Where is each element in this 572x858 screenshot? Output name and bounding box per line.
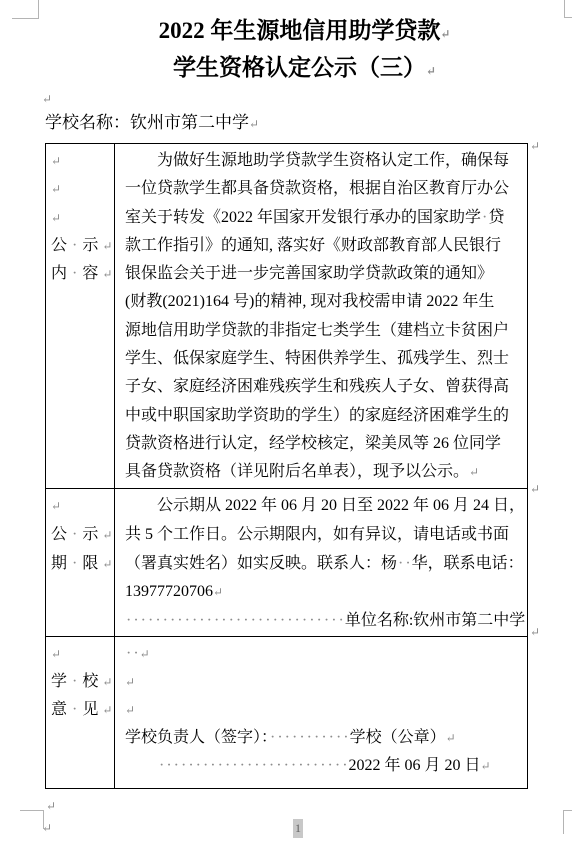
document-title-line-2: 学生资格认定公示（三）↵ [45, 51, 564, 88]
space-format-mark-icon: · [280, 612, 285, 629]
margin-crop-mark-bottom-right [563, 810, 572, 834]
row-label-text: 期·限↵ [51, 550, 114, 579]
space-format-mark-icon: · [482, 209, 487, 226]
space-format-mark-icon: · [306, 757, 311, 774]
bottom-margin-paragraph-mark: ↵ [42, 820, 52, 836]
space-format-mark-icon: · [339, 612, 344, 629]
paragraph-mark-icon: ↵ [51, 647, 65, 661]
content-cell-school-opinion: ··↵ ↵ ↵ 学校负责人（签字）：···········学校（公章）↵ ···… [115, 637, 528, 789]
document-title-line-1: 2022 年生源地信用助学贷款↵ [45, 14, 564, 51]
paragraph-mark-icon: ↵ [530, 625, 540, 639]
space-format-mark-icon: · [221, 612, 226, 629]
content-line-date: ··························2022 年 06 月 20… [158, 752, 523, 780]
space-format-mark-icon: · [236, 612, 241, 629]
space-format-mark-icon: · [335, 757, 340, 774]
paragraph-mark-icon: ↵ [530, 139, 540, 153]
paragraph-mark-icon: ↵ [42, 92, 52, 106]
space-format-mark-icon: · [72, 265, 81, 282]
paragraph-mark-icon: ↵ [51, 211, 65, 225]
space-format-mark-icon: · [251, 612, 256, 629]
after-table-paragraph-mark: ↵ [46, 798, 572, 814]
row-label-text: 内·容↵ [51, 260, 114, 288]
paragraph-mark-icon: ↵ [51, 499, 65, 513]
content-line: 款工作指引》的通知, 落实好《财政部教育部人民银行 [125, 232, 523, 260]
announcement-table: ↵ ↵ ↵ 公·示↵ 内·容↵ 为做好生源地助学贷款学生资格认定工作，确保每 一… [45, 143, 528, 789]
content-line: 室关于转发《2022 年国家开发银行承办的国家助学·贷 [125, 204, 523, 232]
space-format-mark-icon: · [277, 729, 282, 746]
space-format-mark-icon: · [188, 757, 193, 774]
space-format-mark-icon: · [225, 757, 230, 774]
space-format-mark-icon: · [163, 612, 168, 629]
space-format-mark-icon: · [181, 757, 186, 774]
table-row-public-content: ↵ ↵ ↵ 公·示↵ 内·容↵ 为做好生源地助学贷款学生资格认定工作，确保每 一… [46, 144, 528, 489]
content-line: 中或中职国家助学资助的学生）的家庭经济困难学生的 [125, 402, 523, 430]
space-format-mark-icon: · [210, 757, 215, 774]
paragraph-mark-icon: ↵ [102, 267, 114, 281]
space-format-mark-icon: · [298, 757, 303, 774]
space-format-mark-icon: · [218, 757, 223, 774]
space-format-mark-icon: · [207, 612, 212, 629]
paragraph-mark: ↵ [51, 204, 114, 232]
content-line: 公示期从 2022 年 06 月 20 日至 2022 年 06 月 24 日， [125, 492, 523, 521]
paragraph-mark-icon: ↵ [42, 821, 52, 835]
space-format-mark-icon: · [302, 612, 307, 629]
row-end-mark: ↵ [530, 139, 540, 154]
space-format-mark-icon: · [133, 645, 138, 662]
space-format-mark-icon: · [328, 757, 333, 774]
space-format-mark-icon: · [126, 645, 131, 662]
content-line: 子女、家庭经济困难残疾学生和残疾人子女、曾获得高 [125, 373, 523, 401]
row-label-text: 公·示↵ [51, 232, 114, 260]
content-line: 一位贷款学生都具备贷款资格，根据自治区教育厅办公 [125, 175, 523, 203]
space-format-mark-icon: · [309, 612, 314, 629]
space-format-mark-icon: · [314, 729, 319, 746]
space-format-mark-icon: · [72, 673, 81, 690]
paragraph-mark-icon: ↵ [530, 482, 540, 496]
space-format-mark-icon: · [291, 757, 296, 774]
margin-crop-mark-bottom-left [20, 810, 44, 829]
content-line-signature: 学校负责人（签字）：···········学校（公章）↵ [125, 724, 523, 752]
space-format-mark-icon: · [324, 612, 329, 629]
paragraph-mark-icon: ↵ [102, 239, 114, 253]
space-format-mark-icon: · [313, 757, 318, 774]
space-format-mark-icon: · [247, 757, 252, 774]
paragraph-mark-icon: ↵ [102, 675, 114, 689]
content-line: （署真实姓名）如实反映。联系人：杨··华，联系电话： [125, 550, 523, 579]
space-format-mark-icon: · [174, 757, 179, 774]
space-format-mark-icon: · [295, 612, 300, 629]
space-format-mark-icon: · [240, 757, 245, 774]
school-name-line: 学校名称：钦州市第二中学↵ [45, 110, 572, 137]
paragraph-mark-icon: ↵ [51, 154, 65, 168]
page-number-field: 1 [293, 819, 303, 838]
space-format-mark-icon: · [72, 701, 81, 718]
content-line: 源地信用助学贷款的非指定七类学生（建档立卡贫困户 [125, 317, 523, 345]
paragraph-mark: ↵ [125, 696, 523, 724]
content-line: 具备贷款资格（详见附后名单表），现予以公示。↵ [125, 458, 523, 486]
table-row-school-opinion: ↵ 学·校↵ 意·见↵ ··↵ ↵ ↵ 学校负责人（签字）：··········… [46, 637, 528, 789]
row-label-text: 意·见↵ [51, 696, 114, 724]
space-format-mark-icon: · [148, 612, 153, 629]
space-format-mark-icon: · [331, 612, 336, 629]
word-document-page: 2022 年生源地信用助学贷款↵ 学生资格认定公示（三）↵ ↵ 学校名称：钦州市… [0, 0, 572, 858]
paragraph-mark-icon: ↵ [440, 27, 450, 41]
paragraph-mark-icon: ↵ [125, 703, 135, 717]
row-label-text: 学·校↵ [51, 668, 114, 696]
empty-paragraph-mark: ↵ [42, 88, 572, 110]
content-cell-public-period: 公示期从 2022 年 06 月 20 日至 2022 年 06 月 24 日，… [115, 489, 528, 637]
space-format-mark-icon: · [159, 757, 164, 774]
space-format-mark-icon: · [243, 612, 248, 629]
content-cell-public-content: 为做好生源地助学贷款学生资格认定工作，确保每 一位贷款学生都具备贷款资格，根据自… [115, 144, 528, 489]
paragraph-mark-icon: ↵ [102, 528, 114, 542]
row-end-mark: ↵ [530, 482, 540, 497]
paragraph-mark-icon: ↵ [481, 759, 491, 773]
space-format-mark-icon: · [292, 729, 297, 746]
space-format-mark-icon: · [229, 612, 234, 629]
space-format-mark-icon: · [273, 612, 278, 629]
space-format-mark-icon: · [269, 757, 274, 774]
space-format-mark-icon: · [214, 612, 219, 629]
content-line: 13977720706↵ [125, 578, 523, 607]
paragraph-mark: ↵ [125, 668, 523, 696]
space-format-mark-icon: · [321, 729, 326, 746]
row-label-cell-public-content: ↵ ↵ ↵ 公·示↵ 内·容↵ [46, 144, 115, 489]
space-format-mark-icon: · [177, 612, 182, 629]
content-line-unit-name: ······························单位名称:钦州市第二… [125, 607, 523, 636]
paragraph-mark-icon: ↵ [102, 557, 114, 571]
row-label-text: 公·示↵ [51, 521, 114, 550]
content-line: 共 5 个工作日。公示期限内，如有异议，请电话或书面 [125, 521, 523, 550]
content-line: ··↵ [125, 640, 523, 668]
space-format-mark-icon: · [398, 555, 403, 572]
content-line: 银保监会关于进一步完善国家助学贷款政策的通知》 [125, 260, 523, 288]
space-format-mark-icon: · [262, 757, 267, 774]
space-format-mark-icon: · [185, 612, 190, 629]
space-format-mark-icon: · [307, 729, 312, 746]
space-format-mark-icon: · [265, 612, 270, 629]
space-format-mark-icon: · [203, 757, 208, 774]
space-format-mark-icon: · [155, 612, 160, 629]
paragraph-mark: ↵ [51, 175, 114, 203]
space-format-mark-icon: · [72, 555, 81, 572]
space-format-mark-icon: · [342, 757, 347, 774]
space-format-mark-icon: · [329, 729, 334, 746]
space-format-mark-icon: · [287, 612, 292, 629]
space-format-mark-icon: · [284, 757, 289, 774]
paragraph-mark-icon: ↵ [140, 647, 150, 661]
space-format-mark-icon: · [317, 612, 322, 629]
space-format-mark-icon: · [258, 612, 263, 629]
space-format-mark-icon: · [192, 612, 197, 629]
paragraph-mark: ↵ [51, 492, 114, 521]
paragraph-mark-icon: ↵ [51, 182, 65, 196]
content-line: 为做好生源地助学贷款学生资格认定工作，确保每 [125, 147, 523, 175]
space-format-mark-icon: · [232, 757, 237, 774]
space-format-mark-icon: · [299, 729, 304, 746]
space-format-mark-icon: · [320, 757, 325, 774]
row-label-cell-school-opinion: ↵ 学·校↵ 意·见↵ [46, 637, 115, 789]
document-title: 2022 年生源地信用助学贷款↵ 学生资格认定公示（三）↵ [45, 0, 564, 88]
paragraph-mark-icon: ↵ [46, 799, 56, 813]
table-row-public-period: ↵ 公·示↵ 期·限↵ 公示期从 2022 年 06 月 20 日至 2022 … [46, 489, 528, 637]
margin-crop-mark-top-right [564, 0, 572, 18]
paragraph-mark-icon: ↵ [249, 117, 259, 131]
paragraph-mark-icon: ↵ [102, 703, 114, 717]
space-format-mark-icon: · [170, 612, 175, 629]
paragraph-mark-icon: ↵ [125, 675, 135, 689]
space-format-mark-icon: · [405, 555, 410, 572]
row-end-mark: ↵ [530, 625, 540, 640]
space-format-mark-icon: · [126, 612, 131, 629]
paragraph-mark-icon: ↵ [426, 64, 436, 78]
space-format-mark-icon: · [72, 526, 81, 543]
space-format-mark-icon: · [199, 612, 204, 629]
content-line: (财教(2021)164 号)的精神, 现对我校需申请 2022 年生 [125, 288, 523, 316]
paragraph-mark: ↵ [51, 147, 114, 175]
space-format-mark-icon: · [336, 729, 341, 746]
paragraph-mark: ↵ [51, 640, 114, 668]
row-label-cell-public-period: ↵ 公·示↵ 期·限↵ [46, 489, 115, 637]
space-format-mark-icon: · [72, 237, 81, 254]
space-format-mark-icon: · [166, 757, 171, 774]
margin-crop-mark-top-left [12, 0, 39, 19]
paragraph-mark-icon: ↵ [469, 465, 479, 479]
space-format-mark-icon: · [270, 729, 275, 746]
paragraph-mark-icon: ↵ [525, 614, 527, 628]
space-format-mark-icon: · [141, 612, 146, 629]
space-format-mark-icon: · [196, 757, 201, 774]
content-line: 学生、低保家庭学生、特困供养学生、孤残学生、烈士 [125, 345, 523, 373]
space-format-mark-icon: · [343, 729, 348, 746]
paragraph-mark-icon: ↵ [213, 585, 223, 599]
paragraph-mark-icon: ↵ [446, 731, 456, 745]
space-format-mark-icon: · [133, 612, 138, 629]
space-format-mark-icon: · [285, 729, 290, 746]
content-line: 贷款资格进行认定，经学校核定，梁美凤等 26 位同学 [125, 430, 523, 458]
space-format-mark-icon: · [254, 757, 259, 774]
space-format-mark-icon: · [276, 757, 281, 774]
